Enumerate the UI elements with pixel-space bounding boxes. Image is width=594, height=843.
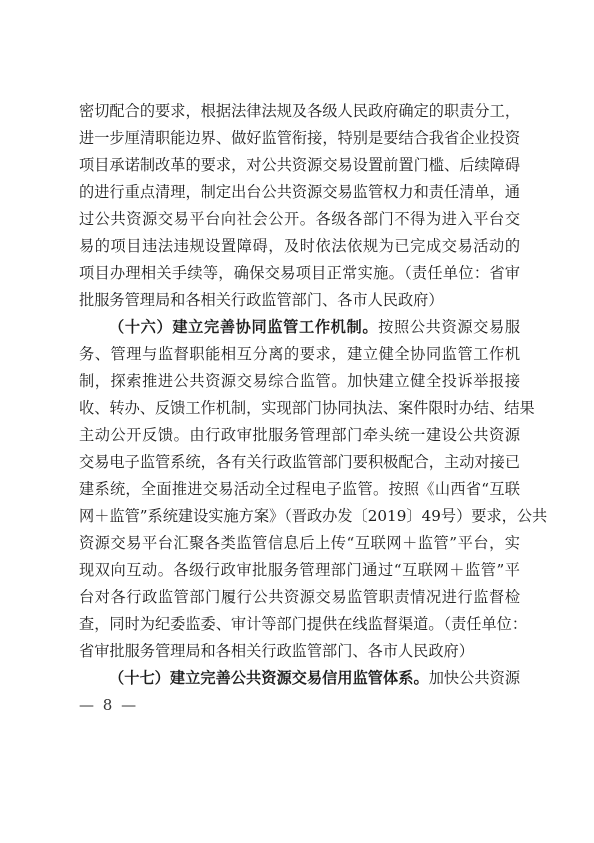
- text-line: 资源交易平台汇聚各类监管信息后上传“互联网＋监管”平台，实: [79, 533, 520, 553]
- section-16-first-line: （十六）建立完善协同监管工作机制。按照公共资源交易服: [109, 317, 520, 337]
- text-line: 省审批服务管理局和各相关行政监管部门、各市人民政府）: [79, 641, 520, 661]
- text-line: 制，探索推进公共资源交易综合监管。加快建立健全投诉举报接: [79, 371, 520, 391]
- text-line: 过公共资源交易平台向社会公开。各级各部门不得为进入平台交: [79, 209, 520, 229]
- section-17-first-line: （十七）建立完善公共资源交易信用监管体系。加快公共资源: [109, 668, 520, 688]
- text-line: 收、转办、反馈工作机制，实现部门协同执法、案件限时办结、结果: [79, 398, 520, 418]
- text-line: 易的项目违法违规设置障碍，及时依法依规为已完成交易活动的: [79, 236, 520, 256]
- text-line: 网＋监管”系统建设实施方案》（晋政办发〔2019〕49号）要求，公共: [79, 506, 520, 526]
- section-16-heading: （十六）建立完善协同监管工作机制。: [109, 318, 378, 336]
- page-number: — 8 —: [79, 696, 138, 714]
- text-line: 现双向互动。各级行政审批服务管理部门通过“互联网＋监管”平: [79, 560, 520, 580]
- text-line: 建系统，全面推进交易活动全过程电子监管。按照《山西省“互联: [79, 479, 520, 499]
- text-line: 务、管理与监督职能相互分离的要求，建立健全协同监管工作机: [79, 344, 520, 364]
- text-line: 项目办理相关手续等，确保交易项目正常实施。（责任单位：省审: [79, 263, 520, 283]
- text-line: 的进行重点清理，制定出台公共资源交易监管权力和责任清单，通: [79, 182, 520, 202]
- text-line: 交易电子监管系统，各有关行政监管部门要积极配合，主动对接已: [79, 452, 520, 472]
- text-line: 主动公开反馈。由行政审批服务管理部门牵头统一建设公共资源: [79, 425, 520, 445]
- text-line: 进一步厘清职能边界、做好监管衔接，特别是要结合我省企业投资: [79, 128, 520, 148]
- section-17-heading: （十七）建立完善公共资源交易信用监管体系。: [109, 669, 429, 687]
- document-page: 密切配合的要求，根据法律法规及各级人民政府确定的职责分工， 进一步厘清职能边界、…: [0, 0, 594, 843]
- text-line: 批服务管理局和各相关行政监管部门、各市人民政府）: [79, 290, 520, 310]
- text-line: 查，同时为纪委监委、审计等部门提供在线监督渠道。（责任单位：: [79, 614, 520, 634]
- text-line: 项目承诺制改革的要求，对公共资源交易设置前置门槛、后续障碍: [79, 155, 520, 175]
- text-line: 密切配合的要求，根据法律法规及各级人民政府确定的职责分工，: [79, 101, 520, 121]
- text-line: 台对各行政监管部门履行公共资源交易监管职责情况进行监督检: [79, 587, 520, 607]
